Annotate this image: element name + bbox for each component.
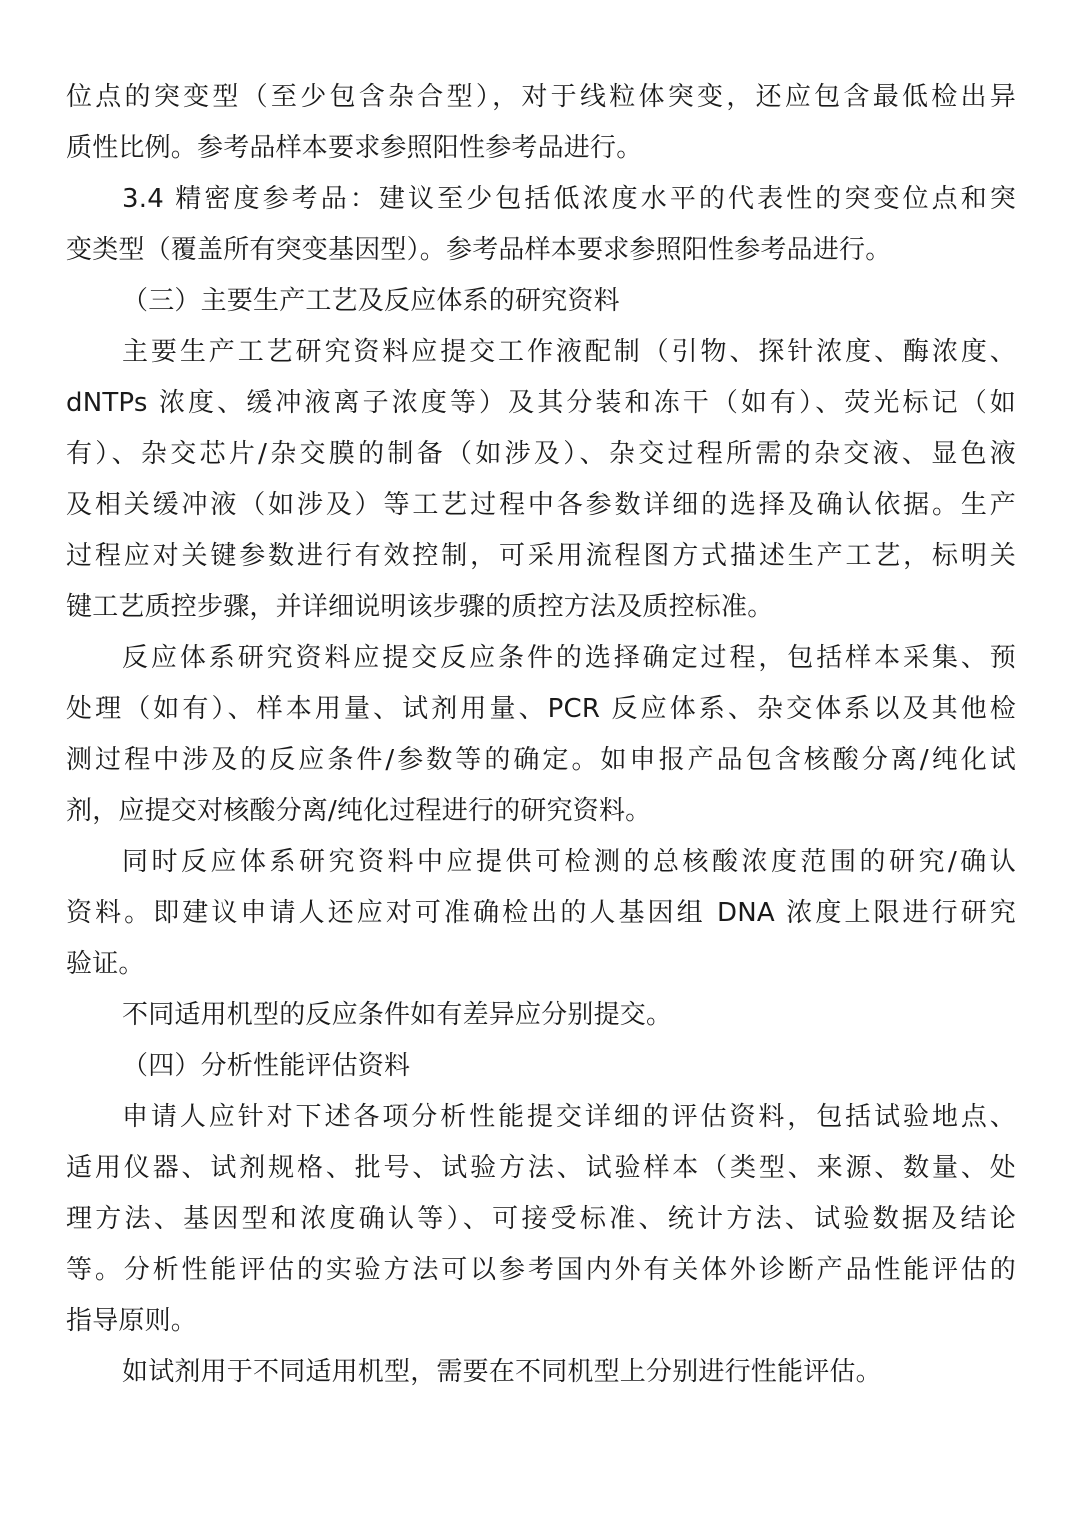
paragraph-line: 适用仪器、试剂规格、批号、试验方法、试验样本（类型、来源、数量、处 <box>66 1151 1016 1185</box>
paragraph-line: 处理（如有）、样本用量、试剂用量、PCR 反应体系、杂交体系以及其他检 <box>66 692 1016 726</box>
paragraph-line: 资料。即建议申请人还应对可准确检出的人基因组 DNA 浓度上限进行研究 <box>66 896 1016 930</box>
paragraph-line: 有）、杂交芯片/杂交膜的制备（如涉及）、杂交过程所需的杂交液、显色液 <box>66 437 1016 471</box>
paragraph-line: 变类型（覆盖所有突变基因型）。参考品样本要求参照阳性参考品进行。 <box>66 233 1016 267</box>
document-page: 位点的突变型（至少包含杂合型），对于线粒体突变，还应包含最低检出异质性比例。参考… <box>0 0 1080 1527</box>
paragraph-line: 等。分析性能评估的实验方法可以参考国内外有关体外诊断产品性能评估的 <box>66 1253 1016 1287</box>
paragraph-first-line: 不同适用机型的反应条件如有差异应分别提交。 <box>122 998 1016 1032</box>
paragraph-line: dNTPs 浓度、缓冲液离子浓度等）及其分装和冻干（如有）、荧光标记（如 <box>66 386 1016 420</box>
paragraph-line: 质性比例。参考品样本要求参照阳性参考品进行。 <box>66 131 1016 165</box>
paragraph-line: 及相关缓冲液（如涉及）等工艺过程中各参数详细的选择及确认依据。生产 <box>66 488 1016 522</box>
paragraph-line: 过程应对关键参数进行有效控制，可采用流程图方式描述生产工艺，标明关 <box>66 539 1016 573</box>
paragraph-first-line: 同时反应体系研究资料中应提供可检测的总核酸浓度范围的研究/确认 <box>122 845 1016 879</box>
paragraph-first-line: 申请人应针对下述各项分析性能提交详细的评估资料，包括试验地点、 <box>122 1100 1016 1134</box>
paragraph-line: 理方法、基因型和浓度确认等）、可接受标准、统计方法、试验数据及结论 <box>66 1202 1016 1236</box>
paragraph-line: 键工艺质控步骤，并详细说明该步骤的质控方法及质控标准。 <box>66 590 1016 624</box>
paragraph-first-line: 如试剂用于不同适用机型，需要在不同机型上分别进行性能评估。 <box>122 1355 1016 1389</box>
paragraph-first-line: （三）主要生产工艺及反应体系的研究资料 <box>122 284 1016 318</box>
paragraph-line: 位点的突变型（至少包含杂合型），对于线粒体突变，还应包含最低检出异 <box>66 80 1016 114</box>
paragraph-line: 测过程中涉及的反应条件/参数等的确定。如申报产品包含核酸分离/纯化试 <box>66 743 1016 777</box>
paragraph-first-line: 3.4 精密度参考品：建议至少包括低浓度水平的代表性的突变位点和突 <box>122 182 1016 216</box>
paragraph-first-line: （四）分析性能评估资料 <box>122 1049 1016 1083</box>
paragraph-line: 指导原则。 <box>66 1304 1016 1338</box>
paragraph-line: 剂，应提交对核酸分离/纯化过程进行的研究资料。 <box>66 794 1016 828</box>
paragraph-line: 验证。 <box>66 947 1016 981</box>
paragraph-first-line: 主要生产工艺研究资料应提交工作液配制（引物、探针浓度、酶浓度、 <box>122 335 1016 369</box>
paragraph-first-line: 反应体系研究资料应提交反应条件的选择确定过程，包括样本采集、预 <box>122 641 1016 675</box>
